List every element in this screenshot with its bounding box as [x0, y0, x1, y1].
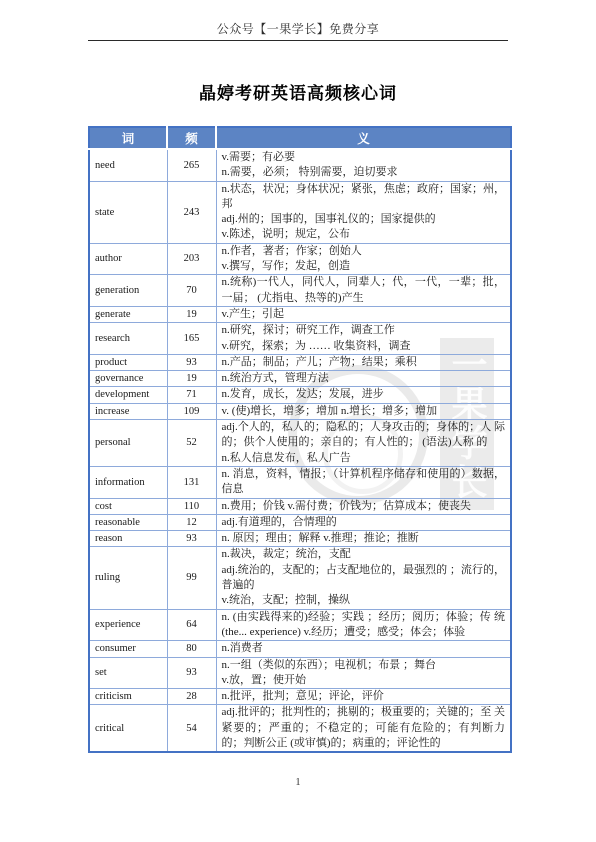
meaning-line: v.放，置；使开始: [222, 673, 506, 688]
meaning-cell: v. (使)增长，增多；增加 n.增长；增多；增加: [216, 403, 511, 419]
word-cell: governance: [89, 371, 167, 387]
frequency-cell: 93: [167, 531, 216, 547]
meaning-cell: n.费用；价钱 v.需付费；价钱为；估算成本；使丧失: [216, 498, 511, 514]
meaning-line: v.产生；引起: [222, 307, 506, 322]
header-divider: [88, 40, 508, 41]
page-header-note: 公众号【一果学长】免费分享: [0, 20, 596, 37]
table-row: need265v.需要；有必要n.需要，必须； 特别需要，迫切要求: [89, 149, 511, 181]
meaning-line: v.撰写，写作；发起，创造: [222, 259, 506, 274]
word-cell: personal: [89, 420, 167, 467]
page-title: 晶婷考研英语高频核心词: [0, 79, 596, 104]
word-cell: information: [89, 466, 167, 498]
meaning-cell: n.作者，著者；作家；创始人v.撰写，写作；发起，创造: [216, 243, 511, 275]
meaning-cell: n.研究，探讨；研究工作，调查工作v.研究，探索；为 …… 收集资料，调查: [216, 323, 511, 355]
table-row: consumer80n.消费者: [89, 641, 511, 657]
meaning-cell: adj.有道理的，合情理的: [216, 514, 511, 530]
frequency-cell: 243: [167, 181, 216, 243]
word-cell: product: [89, 354, 167, 370]
word-cell: need: [89, 149, 167, 181]
meaning-cell: v.产生；引起: [216, 306, 511, 322]
meaning-line: n.状态，状况；身体状况；紧张，焦虑；政府；国家；州，邦: [222, 182, 506, 213]
frequency-cell: 80: [167, 641, 216, 657]
table-row: governance19n.统治方式，管理方法: [89, 371, 511, 387]
meaning-line: adj.统治的，支配的；占支配地位的，最强烈的 ；流行的，普遍的: [222, 563, 506, 594]
frequency-cell: 110: [167, 498, 216, 514]
table-row: reason93n. 原因；理由；解释 v.推理；推论；推断: [89, 531, 511, 547]
meaning-line: n.私人信息发布，私人广告: [222, 451, 506, 466]
meaning-line: n.批评，批判；意见；评论，评价: [222, 689, 506, 704]
frequency-cell: 71: [167, 387, 216, 403]
table-row: set93n.一组（类似的东西）；电视机；布景 ；舞台v.放，置；使开始: [89, 657, 511, 689]
word-cell: increase: [89, 403, 167, 419]
meaning-cell: n.产品；制品；产儿；产物；结果；乘积: [216, 354, 511, 370]
meaning-line: n.需要，必须； 特别需要，迫切要求: [222, 165, 506, 180]
meaning-cell: v.需要；有必要n.需要，必须； 特别需要，迫切要求: [216, 149, 511, 181]
meaning-cell: n. 原因；理由；解释 v.推理；推论；推断: [216, 531, 511, 547]
column-header-word: 词: [89, 127, 167, 149]
table-row: cost110n.费用；价钱 v.需付费；价钱为；估算成本；使丧失: [89, 498, 511, 514]
meaning-cell: n. (由实践得来的)经验；实践 ；经历；阅历；体验；传 统(the... ex…: [216, 609, 511, 641]
meaning-line: adj.批评的；批判性的；挑剔的；极重要的；关键的；至 关紧要的；严重的；不稳定…: [222, 705, 506, 751]
table-row: critical54adj.批评的；批判性的；挑剔的；极重要的；关键的；至 关紧…: [89, 705, 511, 752]
word-cell: generation: [89, 275, 167, 307]
frequency-cell: 109: [167, 403, 216, 419]
meaning-cell: n. 消息，资料，情报；（计算机程序储存和使用的）数据，信息: [216, 466, 511, 498]
meaning-line: n.产品；制品；产儿；产物；结果；乘积: [222, 355, 506, 370]
page-number: 1: [0, 777, 596, 788]
meaning-line: n.统治方式，管理方法: [222, 371, 506, 386]
word-cell: criticism: [89, 689, 167, 705]
frequency-cell: 265: [167, 149, 216, 181]
word-cell: state: [89, 181, 167, 243]
meaning-cell: n.消费者: [216, 641, 511, 657]
meaning-line: n.费用；价钱 v.需付费；价钱为；估算成本；使丧失: [222, 499, 506, 514]
word-cell: set: [89, 657, 167, 689]
meaning-line: v.陈述，说明；规定，公布: [222, 227, 506, 242]
meaning-line: n. (由实践得来的)经验；实践 ；经历；阅历；体验；传 统(the... ex…: [222, 610, 506, 641]
word-cell: reasonable: [89, 514, 167, 530]
frequency-cell: 99: [167, 547, 216, 609]
vocab-table-body: need265v.需要；有必要n.需要，必须； 特别需要，迫切要求state24…: [89, 149, 511, 752]
meaning-cell: n.批评，批判；意见；评论，评价: [216, 689, 511, 705]
table-row: state243n.状态，状况；身体状况；紧张，焦虑；政府；国家；州，邦adj.…: [89, 181, 511, 243]
meaning-cell: n.裁决，裁定；统治，支配adj.统治的，支配的；占支配地位的，最强烈的 ；流行…: [216, 547, 511, 609]
document-page: 公众号【一果学长】免费分享 晶婷考研英语高频核心词 一果学长 词频义 need2…: [0, 0, 596, 842]
table-row: criticism28n.批评，批判；意见；评论，评价: [89, 689, 511, 705]
word-cell: ruling: [89, 547, 167, 609]
frequency-cell: 52: [167, 420, 216, 467]
frequency-cell: 19: [167, 371, 216, 387]
word-cell: cost: [89, 498, 167, 514]
frequency-cell: 165: [167, 323, 216, 355]
table-row: product93n.产品；制品；产儿；产物；结果；乘积: [89, 354, 511, 370]
column-header-meaning: 义: [216, 127, 511, 149]
meaning-line: v.研究，探索；为 …… 收集资料，调查: [222, 339, 506, 354]
table-row: ruling99n.裁决，裁定；统治，支配adj.统治的，支配的；占支配地位的，…: [89, 547, 511, 609]
table-row: generation70n.统称)一代人，同代人，同辈人；代，一代，一辈；批，一…: [89, 275, 511, 307]
meaning-cell: n.发育，成长，发达；发展，进步: [216, 387, 511, 403]
meaning-line: v. (使)增长，增多；增加 n.增长；增多；增加: [222, 404, 506, 419]
word-cell: experience: [89, 609, 167, 641]
word-cell: consumer: [89, 641, 167, 657]
column-header-freq: 频: [167, 127, 216, 149]
word-cell: research: [89, 323, 167, 355]
frequency-cell: 12: [167, 514, 216, 530]
meaning-line: v.统治，支配；控制，操纵: [222, 593, 506, 608]
table-row: increase109v. (使)增长，增多；增加 n.增长；增多；增加: [89, 403, 511, 419]
table-row: generate19v.产生；引起: [89, 306, 511, 322]
meaning-line: n.作者，著者；作家；创始人: [222, 244, 506, 259]
frequency-cell: 64: [167, 609, 216, 641]
meaning-line: adj.个人的，私人的；隐私的；人身攻击的；身体的；人 际的；供个人使用的；亲自…: [222, 420, 506, 451]
frequency-cell: 28: [167, 689, 216, 705]
meaning-line: n.统称)一代人，同代人，同辈人；代，一代，一辈；批，一届； (尤指电、热等的)…: [222, 275, 506, 306]
frequency-cell: 203: [167, 243, 216, 275]
meaning-cell: adj.批评的；批判性的；挑剔的；极重要的；关键的；至 关紧要的；严重的；不稳定…: [216, 705, 511, 752]
meaning-line: n.一组（类似的东西）；电视机；布景 ；舞台: [222, 658, 506, 673]
frequency-cell: 70: [167, 275, 216, 307]
frequency-cell: 131: [167, 466, 216, 498]
frequency-cell: 93: [167, 657, 216, 689]
meaning-cell: n.一组（类似的东西）；电视机；布景 ；舞台v.放，置；使开始: [216, 657, 511, 689]
table-row: experience64n. (由实践得来的)经验；实践 ；经历；阅历；体验；传…: [89, 609, 511, 641]
table-row: personal52adj.个人的，私人的；隐私的；人身攻击的；身体的；人 际的…: [89, 420, 511, 467]
table-row: author203n.作者，著者；作家；创始人v.撰写，写作；发起，创造: [89, 243, 511, 275]
vocab-table: 词频义 need265v.需要；有必要n.需要，必须； 特别需要，迫切要求sta…: [88, 126, 512, 753]
meaning-line: n.研究，探讨；研究工作，调查工作: [222, 323, 506, 338]
meaning-line: n.消费者: [222, 641, 506, 656]
meaning-line: adj.州的；国事的，国事礼仪的；国家提供的: [222, 212, 506, 227]
meaning-cell: n.统称)一代人，同代人，同辈人；代，一代，一辈；批，一届； (尤指电、热等的)…: [216, 275, 511, 307]
word-cell: development: [89, 387, 167, 403]
table-row: reasonable12adj.有道理的，合情理的: [89, 514, 511, 530]
meaning-line: n. 原因；理由；解释 v.推理；推论；推断: [222, 531, 506, 546]
table-row: research165n.研究，探讨；研究工作，调查工作v.研究，探索；为 ………: [89, 323, 511, 355]
word-cell: reason: [89, 531, 167, 547]
meaning-line: adj.有道理的，合情理的: [222, 515, 506, 530]
meaning-line: n.发育，成长，发达；发展，进步: [222, 387, 506, 402]
word-cell: critical: [89, 705, 167, 752]
meaning-cell: n.统治方式，管理方法: [216, 371, 511, 387]
table-row: information131n. 消息，资料，情报；（计算机程序储存和使用的）数…: [89, 466, 511, 498]
table-row: development71n.发育，成长，发达；发展，进步: [89, 387, 511, 403]
table-header-row: 词频义: [89, 127, 511, 149]
frequency-cell: 54: [167, 705, 216, 752]
word-cell: author: [89, 243, 167, 275]
meaning-line: v.需要；有必要: [222, 150, 506, 165]
meaning-line: n. 消息，资料，情报；（计算机程序储存和使用的）数据，信息: [222, 467, 506, 498]
meaning-cell: n.状态，状况；身体状况；紧张，焦虑；政府；国家；州，邦adj.州的；国事的，国…: [216, 181, 511, 243]
word-cell: generate: [89, 306, 167, 322]
frequency-cell: 19: [167, 306, 216, 322]
meaning-line: n.裁决，裁定；统治，支配: [222, 547, 506, 562]
meaning-cell: adj.个人的，私人的；隐私的；人身攻击的；身体的；人 际的；供个人使用的；亲自…: [216, 420, 511, 467]
frequency-cell: 93: [167, 354, 216, 370]
